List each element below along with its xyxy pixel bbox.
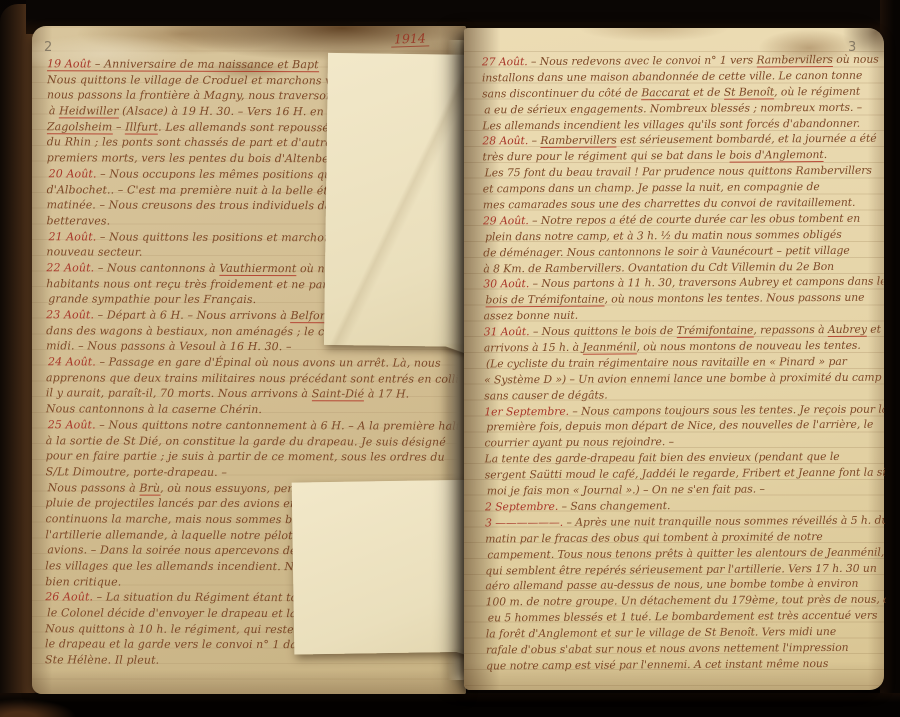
manuscript-line: que notre camp est visé par l'ennemi. A … <box>486 655 886 674</box>
year-label: 1914 <box>391 30 429 47</box>
manuscript-line: apprenons que deux trains militaires nou… <box>46 370 460 387</box>
book-cover-bottom-edge <box>0 693 900 717</box>
page-number-left: 2 <box>44 40 52 55</box>
diary-photo: 19 Août – Anniversaire de ma naissance e… <box>0 0 900 717</box>
manuscript-line: sergent Saütti moud le café, Jaddéi le r… <box>485 465 885 484</box>
right-page-text: 27 Août. – Nous redevons avec le convoi … <box>482 52 886 685</box>
manuscript-line: à la sortie de St Dié, on constitue la g… <box>46 433 460 450</box>
manuscript-line: S/Lt Dimoutre, porte-drapeau. – <box>46 464 460 481</box>
manuscript-line: Les 75 font du beau travail ! Par pruden… <box>485 163 883 182</box>
manuscript-line: pour en faire partie ; je suis à partir … <box>46 448 460 465</box>
manuscript-line: il y aurait, paraît-il, 70 morts. Nous a… <box>46 386 460 403</box>
page-number-right: 3 <box>848 40 856 55</box>
manuscript-line: 3 ——————. – Après une nuit tranquille no… <box>485 512 885 531</box>
inserted-blank-sheet-bottom <box>292 479 493 654</box>
manuscript-line: 24 Août. – Passage en gare d'Épinal où n… <box>48 354 460 371</box>
manuscript-line: « Système D ») – Un avion ennemi lance u… <box>484 369 884 388</box>
manuscript-line: Nous cantonnons à la caserne Chérin. <box>46 401 460 418</box>
manuscript-line: 25 Août. – Nous quittons notre cantonnem… <box>48 417 460 434</box>
manuscript-line: première fois, depuis mon départ de Nice… <box>486 417 884 436</box>
manuscript-line: Ste Hélène. Il pleut. <box>45 652 459 669</box>
manuscript-line: bois de Trémifontaine, où nous montons l… <box>485 290 883 309</box>
